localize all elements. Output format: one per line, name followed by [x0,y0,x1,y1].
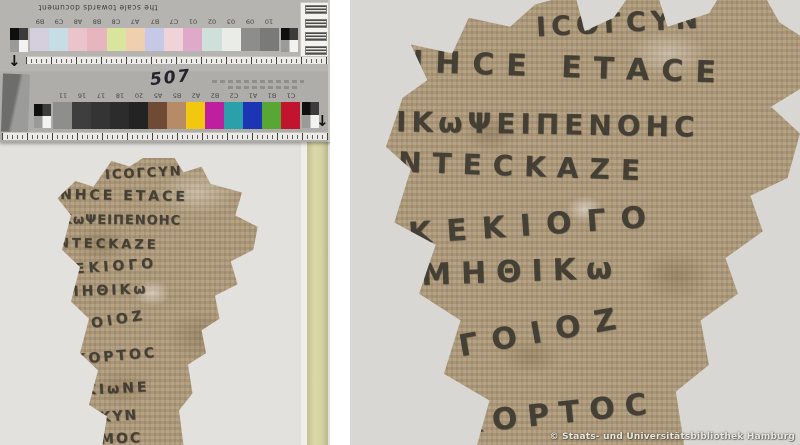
papyrus-text-line: ΝΗCΕ ΕΤΑCΕ [397,44,728,90]
patch-label: 18 [115,92,123,99]
color-patch-B7: B7 [145,28,164,51]
color-patch-B2: B2 [205,102,224,129]
papyrus-text-line: ΚΕΚΙΟΓΟ [407,199,662,252]
color-patch-A7: A7 [126,28,145,51]
color-patch-C8: C8 [107,28,126,51]
color-patch-C9: C9 [49,28,68,51]
color-patch-B9: B9 [30,28,49,51]
primary-patch-row: 1116171820A5B5A2B2C2A1B1C1 [53,102,300,129]
resolution-target-strip [300,2,330,58]
pastel-patch-row: B9C9A8B8C8A7B7C70102030910 [30,28,279,51]
resolution-target-icon [305,32,327,41]
patch-label: 11 [58,92,66,99]
color-patch-10: 10 [260,28,279,51]
color-patch-18: 18 [110,102,129,129]
patch-label: C9 [54,18,63,25]
patch-label: 02 [208,18,216,25]
arrow-down-icon: ↓ [8,54,21,69]
color-patch-A1: A1 [243,102,262,129]
patch-label: C7 [169,18,178,25]
page-edge-strip [307,140,328,445]
grey-wedge-patch [1,74,30,133]
patch-label: 09 [246,18,254,25]
color-patch-C2: C2 [224,102,243,129]
scale-caption: the scale towards document [38,3,158,12]
papyrus-text-line: ΜΟϹ [100,430,143,445]
papyrus-text-line: ΚΙωΝΕ [85,379,150,398]
patch-label: 01 [189,18,197,25]
color-patch-B5: B5 [167,102,186,129]
color-patch-A5: A5 [148,102,167,129]
backdrop-highlight [301,140,307,445]
papyrus-text-line: ΙΚωΨΕΙΠΕΝΟΗC [396,105,700,143]
patch-label: B5 [172,92,181,99]
patch-label: 17 [96,92,104,99]
calibration-bar-primary: 507 1116171820A5B5A2B2C2A1B1C1 ↓ [0,72,330,142]
patch-label: B7 [150,18,159,25]
right-panel-zoom-photo: ΙCΟΓCΥΝ ΝΗCΕ ΕΤΑCΕ ΙΚωΨΕΙΠΕΝΟΗC ΝΤΕCΚΑΖΕ… [350,0,800,445]
papyrus-text-line: ΙCΟΓCΥΝ [535,4,703,44]
papyrus-text-line: ΙΚωΨΕΙΠΕΝΟΗC [56,212,181,228]
papyrus-text-line: ωΓΟΙΟΖ [417,300,633,371]
papyrus-text-line: ΕΚΥΝ [88,407,139,426]
checker-patch [34,104,51,128]
patch-label: B9 [35,18,44,25]
patch-label: A5 [153,92,162,99]
ruler-scale [2,132,330,140]
left-panel-photo: ΙCΟΓCΥΝ ΝΗCΕ ΕΤΑCΕ ΙΚωΨΕΙΠΕΝΟΗC ΝΤΕCΚΑΖΕ… [0,0,330,445]
color-patch-C1: C1 [281,102,300,129]
checker-patch [281,28,298,52]
resolution-target-icon [305,19,327,28]
color-patch-09: 09 [241,28,260,51]
patch-label: A2 [191,92,200,99]
color-patch-11: 11 [53,102,72,129]
patch-label: B1 [267,92,276,99]
color-patch-02: 02 [202,28,221,51]
papyrus-fragment-zoomed: ΙCΟΓCΥΝ ΝΗCΕ ΕΤΑCΕ ΙΚωΨΕΙΠΕΝΟΗC ΝΤΕCΚΑΖΕ… [386,0,800,445]
patch-label: 10 [265,18,273,25]
color-patch-C7: C7 [164,28,183,51]
fine-print-line [212,80,304,83]
color-patch-16: 16 [72,102,91,129]
papyrus-text-line: ΚΕΚΙΟΓΟ [60,256,158,279]
patch-label: 20 [134,92,142,99]
patch-label: A1 [248,92,257,99]
patch-label: 03 [227,18,235,25]
papyrus-text-line: ΕΚΟΡΤΟC [61,345,157,369]
patch-label: C2 [229,92,238,99]
papyrus-text-line: ΙCΟΓCΥΝ [105,164,183,183]
papyrus-text-line: ΝΤΕCΚΑΖΕ [398,146,652,188]
papyrus-text-line: ΝΤΕCΚΑΖΕ [58,236,159,253]
resolution-target-icon [305,46,327,55]
patch-label: A8 [74,18,83,25]
color-patch-B1: B1 [262,102,281,129]
patch-label: 16 [77,92,85,99]
papyrus-text-line: ΝΗCΕ ΕΤΑCΕ [60,187,188,205]
color-patch-A8: A8 [68,28,87,51]
photo-collage: ΙCΟΓCΥΝ ΝΗCΕ ΕΤΑCΕ ΙΚωΨΕΙΠΕΝΟΗC ΝΤΕCΚΑΖΕ… [0,0,800,445]
patch-label: B2 [210,92,219,99]
papyrus-fragment-left: ΙCΟΓCΥΝ ΝΗCΕ ΕΤΑCΕ ΙΚωΨΕΙΠΕΝΟΗC ΝΤΕCΚΑΖΕ… [44,158,269,445]
calibration-bar-pastel: the scale towards document B9C9A8B8C8A7B… [0,0,330,72]
color-patch-B8: B8 [87,28,106,51]
color-patch-A2: A2 [186,102,205,129]
patch-label: C1 [286,92,295,99]
fine-print-line [228,86,298,89]
backdrop-corner [328,0,330,142]
color-patch-03: 03 [222,28,241,51]
color-patch-17: 17 [91,102,110,129]
ruler-scale [26,56,330,64]
patch-label: B8 [93,18,102,25]
handwritten-number: 507 [149,66,192,90]
papyrus-text-line: ΝΜΗΘΙΚω [50,281,149,300]
patch-label: A7 [131,18,140,25]
papyrus-text-line: ΝΜΗΘΙΚω [386,251,623,294]
color-patch-20: 20 [129,102,148,129]
patch-label: C8 [112,18,121,25]
color-patch-01: 01 [183,28,202,51]
checker-patch [10,28,28,52]
arrow-down-icon: ↓ [316,114,329,129]
resolution-target-icon [305,5,327,14]
papyrus-text-line: ωΓΟΙΟΖ [61,308,147,337]
copyright-credit: © Staats- und Universitätsbibliothek Ham… [550,432,795,442]
